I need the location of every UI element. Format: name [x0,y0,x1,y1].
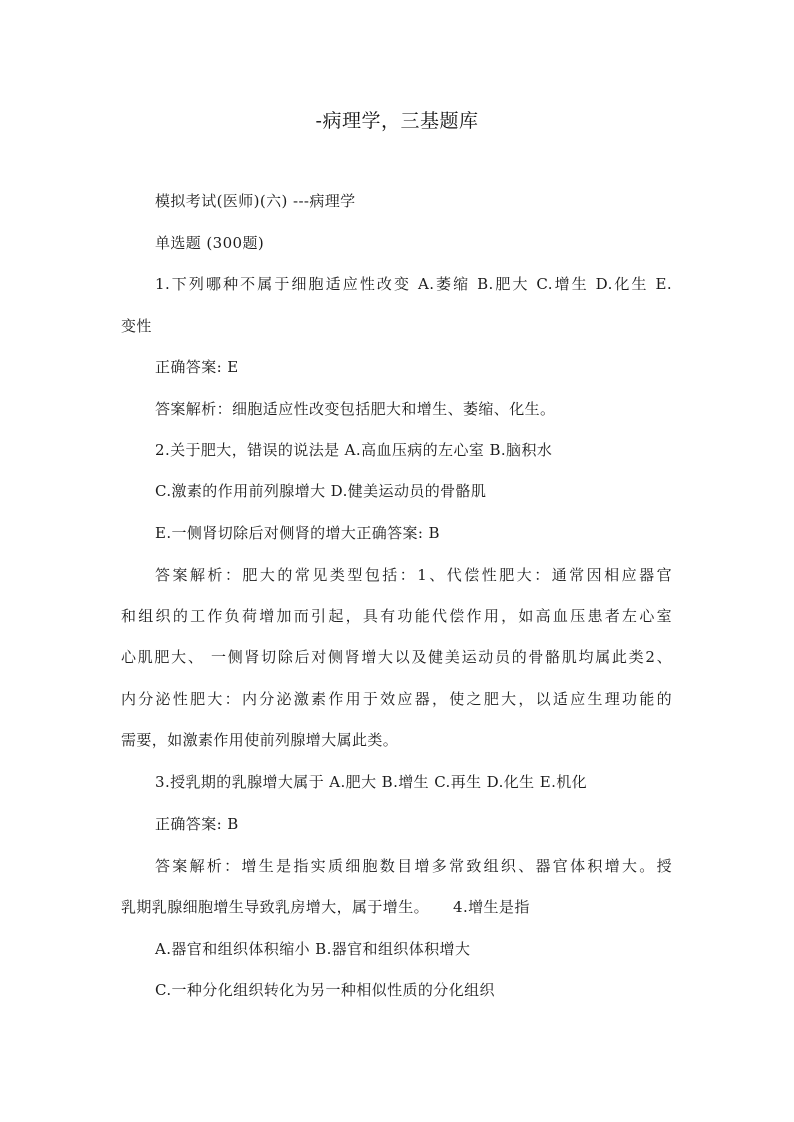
question-3-explanation-line-1: 答案解析：增生是指实质细胞数目增多常致组织、器官体积增大。授 [155,856,672,876]
question-4-option-c: C.一种分化组织转化为另一种相似性质的分化组织 [155,980,495,1000]
question-2-explanation-line-3: 心肌肥大、 一侧肾切除后对侧肾增大以及健美运动员的骨骼肌均属此类2、 [121,647,672,667]
question-2-explanation-line-5: 需要，如激素作用使前列腺增大属此类。 [121,730,398,750]
question-3-explanation-line-2: 乳期乳腺细胞增生导致乳房增大，属于增生。4.增生是指 [121,897,530,917]
question-2-options-cd: C.激素的作用前列腺增大 D.健美运动员的骨骼肌 [155,481,486,501]
question-3-answer: 正确答案: B [155,814,239,834]
question-2-explanation-line-2: 和组织的工作负荷增加而引起，具有功能代偿作用，如高血压患者左心室 [121,606,672,626]
question-2-explanation-line-4: 内分泌性肥大：内分泌激素作用于效应器，使之肥大，以适应生理功能的 [121,689,672,709]
question-3-stem: 3.授乳期的乳腺增大属于 A.肥大 B.增生 C.再生 D.化生 E.机化 [155,772,587,792]
question-4-options-ab: A.器官和组织体积缩小 B.器官和组织体积增大 [155,939,470,959]
question-1-stem: 1.下列哪种不属于细胞适应性改变 A.萎缩 B.肥大 C.增生 D.化生 E. [155,274,672,294]
document-title: -病理学，三基题库 [0,106,794,133]
question-4-stem: 4.增生是指 [453,898,530,916]
question-3-explanation-tail: 乳期乳腺细胞增生导致乳房增大，属于增生。 [121,898,429,916]
question-1-explanation: 答案解析：细胞适应性改变包括肥大和增生、萎缩、化生。 [155,399,555,419]
section-type: 单选题 (300题) [155,233,264,253]
document-page: -病理学，三基题库 模拟考试(医师)(六) ---病理学 单选题 (300题) … [0,0,794,1122]
question-2-explanation-line-1: 答案解析：肥大的常见类型包括：1、代偿性肥大：通常因相应器官 [155,565,672,585]
question-2-option-e-answer: E.一侧肾切除后对侧肾的增大正确答案: B [155,523,440,543]
question-2-stem: 2.关于肥大，错误的说法是 A.高血压病的左心室 B.脑积水 [155,440,552,460]
question-1-answer: 正确答案: E [155,357,239,377]
question-1-stem-continued: 变性 [121,316,152,336]
exam-name: 模拟考试(医师)(六) ---病理学 [155,191,356,211]
